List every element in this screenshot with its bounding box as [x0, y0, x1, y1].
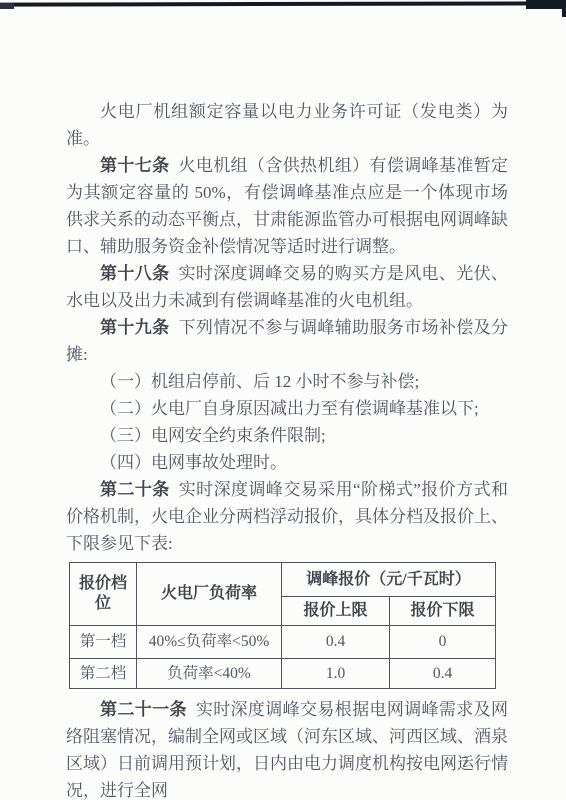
scanned-document-page: 火电厂机组额定容量以电力业务许可证（发电类）为准。 第十七条火电机组（含供热机组…: [0, 0, 566, 800]
cell-lower-limit: 0: [390, 626, 496, 659]
paragraph-article-21: 第二十一条实时深度调峰交易根据电网调峰需求及网络阻塞情况，编制全网或区域（河东区…: [66, 696, 508, 800]
cell-lower-limit: 0.4: [390, 659, 496, 689]
list-item-2-text: （二）火电厂自身原因减出力至有偿调峰基准以下;: [100, 399, 479, 418]
col-header-load-rate: 火电厂负荷率: [137, 563, 282, 626]
article-17-number: 第十七条: [100, 156, 169, 175]
list-item-3: （三）电网安全约束条件限制;: [66, 422, 508, 449]
cell-tier: 第二档: [70, 659, 137, 689]
cell-load-rate: 40%≤负荷率<50%: [137, 626, 282, 659]
scan-edge-top: [0, 1, 566, 6]
page-number: - 7 -: [446, 754, 489, 770]
list-item-1: （一）机组启停前、后 12 小时不参与补偿;: [66, 368, 508, 395]
scan-edge-top-right: [526, 0, 566, 9]
cell-upper-limit: 1.0: [282, 659, 390, 689]
scan-edge-top-left: [0, 3, 14, 9]
list-item-4: （四）电网事故处理时。: [66, 449, 508, 476]
col-header-price-group: 调峰报价（元/千瓦时）: [282, 563, 496, 597]
paragraph-rated-capacity: 火电厂机组额定容量以电力业务许可证（发电类）为准。: [66, 98, 508, 152]
paragraph-article-19: 第十九条下列情况不参与调峰辅助服务市场补偿及分摊:: [66, 314, 508, 368]
list-item-1-text: （一）机组启停前、后 12 小时不参与补偿;: [100, 372, 419, 391]
paragraph-article-18: 第十八条实时深度调峰交易的购买方是风电、光伏、水电以及出力未减到有偿调峰基准的火…: [66, 260, 508, 314]
table-header-row-1: 报价档位 火电厂负荷率 调峰报价（元/千瓦时）: [70, 563, 496, 597]
table-row: 第一档 40%≤负荷率<50% 0.4 0: [70, 626, 496, 659]
list-item-3-text: （三）电网安全约束条件限制;: [100, 426, 326, 445]
list-item-4-text: （四）电网事故处理时。: [100, 453, 287, 472]
article-18-number: 第十八条: [100, 264, 169, 283]
pricing-table-wrapper: 报价档位 火电厂负荷率 调峰报价（元/千瓦时） 报价上限 报价下限 第一档 40…: [69, 562, 508, 689]
paragraph-article-17: 第十七条火电机组（含供热机组）有偿调峰基准暂定为其额定容量的 50%，有偿调峰基…: [66, 152, 508, 260]
cell-upper-limit: 0.4: [282, 626, 390, 659]
table-row: 第二档 负荷率<40% 1.0 0.4: [70, 659, 496, 689]
col-header-tier: 报价档位: [70, 563, 137, 626]
pricing-table: 报价档位 火电厂负荷率 调峰报价（元/千瓦时） 报价上限 报价下限 第一档 40…: [69, 562, 496, 689]
article-21-number: 第二十一条: [100, 700, 187, 719]
article-20-number: 第二十条: [100, 480, 170, 499]
paragraph-article-20: 第二十条实时深度调峰交易采用“阶梯式”报价方式和价格机制，火电企业分两档浮动报价…: [66, 476, 508, 557]
document-content: 火电厂机组额定容量以电力业务许可证（发电类）为准。 第十七条火电机组（含供热机组…: [66, 98, 508, 800]
paragraph-text: 火电厂机组额定容量以电力业务许可证（发电类）为准。: [66, 102, 508, 148]
scan-edge-right-tick: [562, 0, 566, 17]
list-item-2: （二）火电厂自身原因减出力至有偿调峰基准以下;: [66, 395, 508, 422]
cell-load-rate: 负荷率<40%: [137, 659, 282, 689]
col-header-lower-limit: 报价下限: [390, 597, 496, 626]
cell-tier: 第一档: [70, 626, 137, 659]
col-header-upper-limit: 报价上限: [282, 597, 390, 626]
article-19-number: 第十九条: [100, 318, 169, 337]
